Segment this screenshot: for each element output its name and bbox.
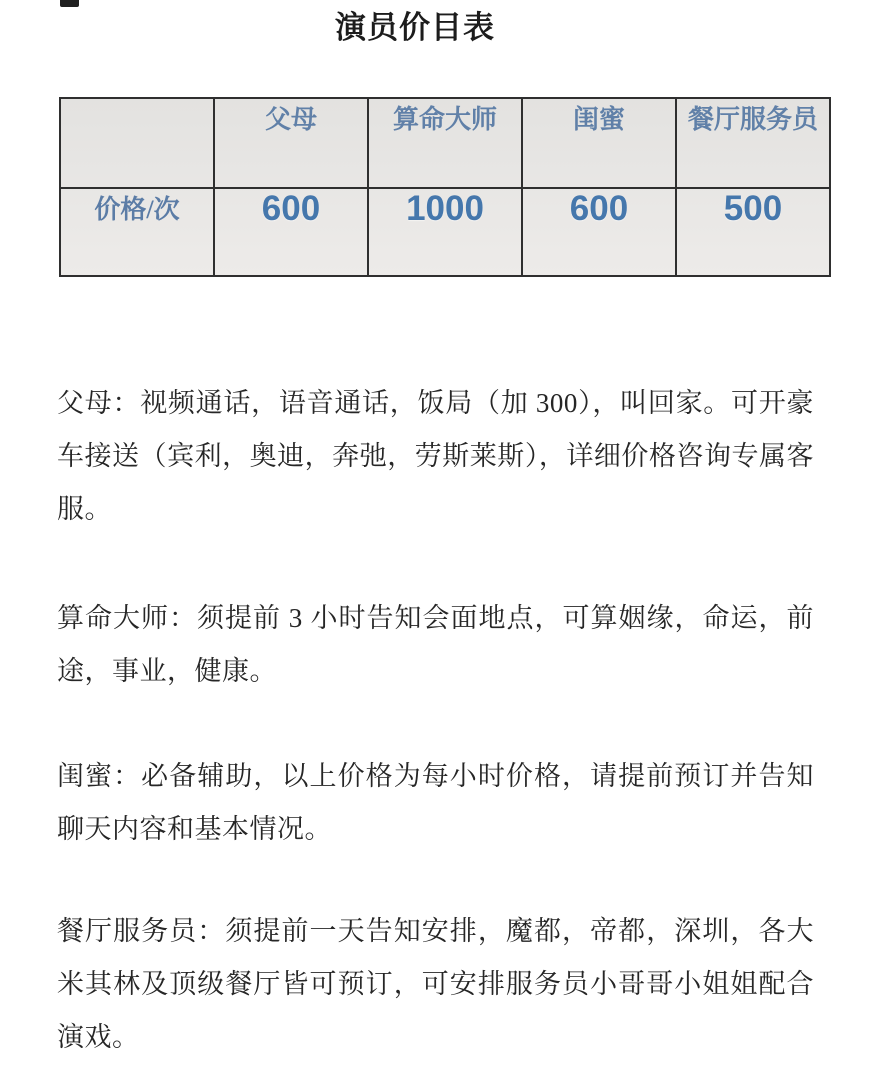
paragraph-best-friend: 闺蜜：必备辅助，以上价格为每小时价格，请提前预订并告知聊天内容和基本情况。 — [57, 750, 814, 856]
price-best-friend: 600 — [522, 188, 676, 276]
table-price-row: 价格/次 600 1000 600 500 — [60, 188, 830, 276]
paragraph-fortune-teller: 算命大师：须提前 3 小时告知会面地点，可算姻缘，命运，前途，事业，健康。 — [57, 592, 814, 698]
page-title: 演员价目表 — [0, 2, 830, 47]
table-row-label: 价格/次 — [60, 188, 214, 276]
table-header-parents: 父母 — [214, 98, 368, 188]
table-header-row: 父母 算命大师 闺蜜 餐厅服务员 — [60, 98, 830, 188]
document-page: 演员价目表 父母 算命大师 闺蜜 餐厅服务员 价格/次 600 1000 600… — [0, 0, 871, 1076]
price-fortune-teller: 1000 — [368, 188, 522, 276]
table-header-fortune-teller: 算命大师 — [368, 98, 522, 188]
table-header-waiter: 餐厅服务员 — [676, 98, 830, 188]
price-table: 父母 算命大师 闺蜜 餐厅服务员 价格/次 600 1000 600 500 — [59, 97, 831, 277]
table-header-best-friend: 闺蜜 — [522, 98, 676, 188]
price-parents: 600 — [214, 188, 368, 276]
paragraph-waiter: 餐厅服务员：须提前一天告知安排，魔都，帝都，深圳，各大米其林及顶级餐厅皆可预订，… — [57, 905, 814, 1064]
paragraph-parents: 父母：视频通话，语音通话，饭局（加 300），叫回家。可开豪车接送（宾利，奥迪，… — [57, 377, 814, 536]
price-waiter: 500 — [676, 188, 830, 276]
table-corner-cell — [60, 98, 214, 188]
